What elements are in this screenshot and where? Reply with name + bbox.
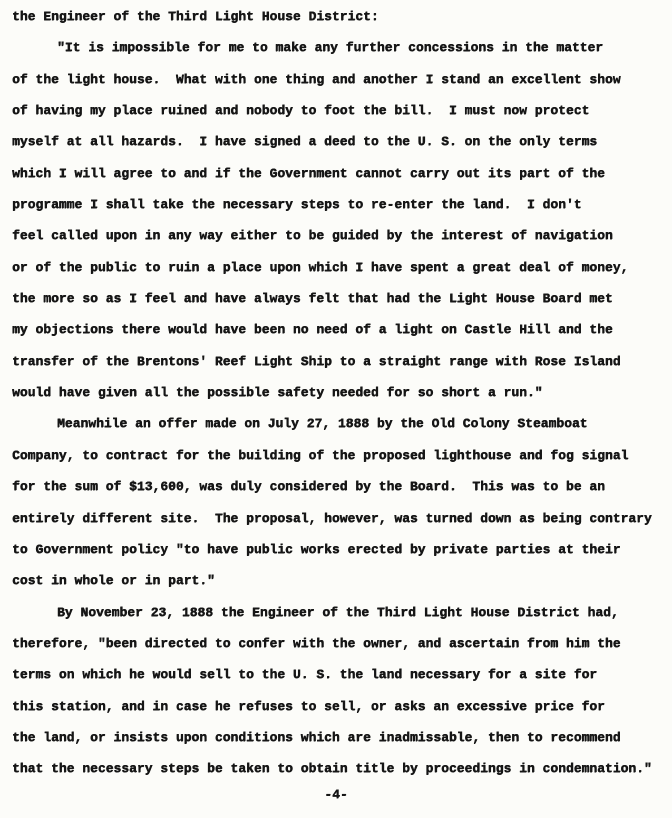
text-line: which I will agree to and if the Governm…	[12, 158, 666, 189]
text-line: to Government policy "to have public wor…	[12, 534, 666, 565]
text-line: of having my place ruined and nobody to …	[12, 95, 666, 126]
text-line: feel called upon in any way either to be…	[12, 220, 666, 251]
text-line: that the necessary steps be taken to obt…	[12, 753, 666, 784]
text-line: this station, and in case he refuses to …	[12, 691, 666, 722]
text-line: By November 23, 1888 the Engineer of the…	[12, 597, 666, 628]
text-line: "It is impossible for me to make any fur…	[12, 32, 666, 63]
text-line: my objections there would have been no n…	[12, 314, 666, 345]
text-line: myself at all hazards. I have signed a d…	[12, 126, 666, 157]
text-line: or of the public to ruin a place upon wh…	[12, 252, 666, 283]
text-line: for the sum of $13,600, was duly conside…	[12, 471, 666, 502]
text-line: the land, or insists upon conditions whi…	[12, 722, 666, 753]
text-line: programme I shall take the necessary ste…	[12, 189, 666, 220]
text-line: therefore, "been directed to confer with…	[12, 628, 666, 659]
text-line: would have given all the possible safety…	[12, 377, 666, 408]
typewritten-text-block: the Engineer of the Third Light House Di…	[12, 1, 666, 785]
text-line: cost in whole or in part."	[12, 565, 666, 596]
text-line: the more so as I feel and have always fe…	[12, 283, 666, 314]
text-line: transfer of the Brentons' Reef Light Shi…	[12, 346, 666, 377]
document-page: the Engineer of the Third Light House Di…	[0, 0, 672, 818]
text-line: of the light house. What with one thing …	[12, 64, 666, 95]
text-line: Company, to contract for the building of…	[12, 440, 666, 471]
text-line: Meanwhile an offer made on July 27, 1888…	[12, 408, 666, 439]
text-line: terms on which he would sell to the U. S…	[12, 659, 666, 690]
text-line: entirely different site. The proposal, h…	[12, 503, 666, 534]
page-number: -4-	[0, 786, 672, 804]
text-line: the Engineer of the Third Light House Di…	[12, 1, 666, 32]
